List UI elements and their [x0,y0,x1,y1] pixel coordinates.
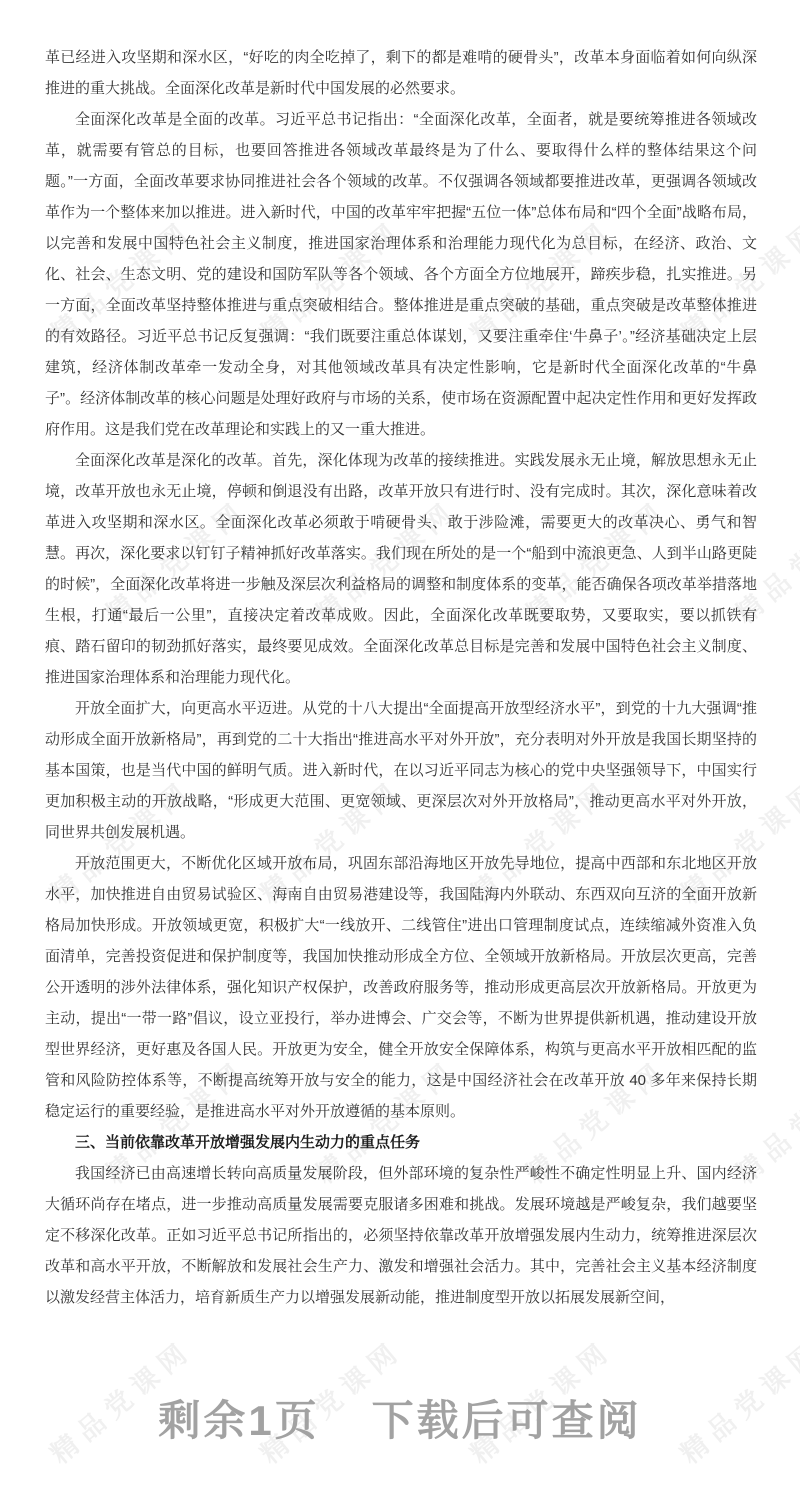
paragraph-opening-scope: 开放范围更大，不断优化区域开放布局，巩固东部沿海地区开放先导地位，提高中西部和东… [45,848,757,1127]
document-page: 精品党课网精品党课网精品党课网精品党课网精品党课网精品党课网精品党课网精品党课网… [0,0,800,1503]
section-heading-three: 三、当前依靠改革开放增强发展内生动力的重点任务 [45,1127,757,1158]
download-hint-label: 下载后可查阅 [372,1397,642,1444]
paragraph-key-tasks: 我国经济已由高速增长转向高质量发展阶段，但外部环境的复杂性严峻性不确定性明显上升… [45,1158,757,1313]
paragraph-deepening-reform: 全面深化改革是深化的改革。首先，深化体现为改革的接续推进。实践发展永无止境，解放… [45,445,757,693]
paragraph-comprehensive-reform: 全面深化改革是全面的改革。习近平总书记指出：“全面深化改革，全面者，就是要统筹推… [45,104,757,445]
pagination-notice: 剩余1页下载后可查阅 [0,1396,800,1446]
paragraph-continuation: 革已经进入攻坚期和深水区，“好吃的肉全吃掉了，剩下的都是难啃的硬骨头”，改革本身… [45,42,757,104]
remaining-pages-label: 剩余1页 [158,1397,319,1444]
document-body: 革已经进入攻坚期和深水区，“好吃的肉全吃掉了，剩下的都是难啃的硬骨头”，改革本身… [45,42,757,1313]
paragraph-opening-expansion: 开放全面扩大，向更高水平迈进。从党的十八大提出“全面提高开放型经济水平”，到党的… [45,693,757,848]
